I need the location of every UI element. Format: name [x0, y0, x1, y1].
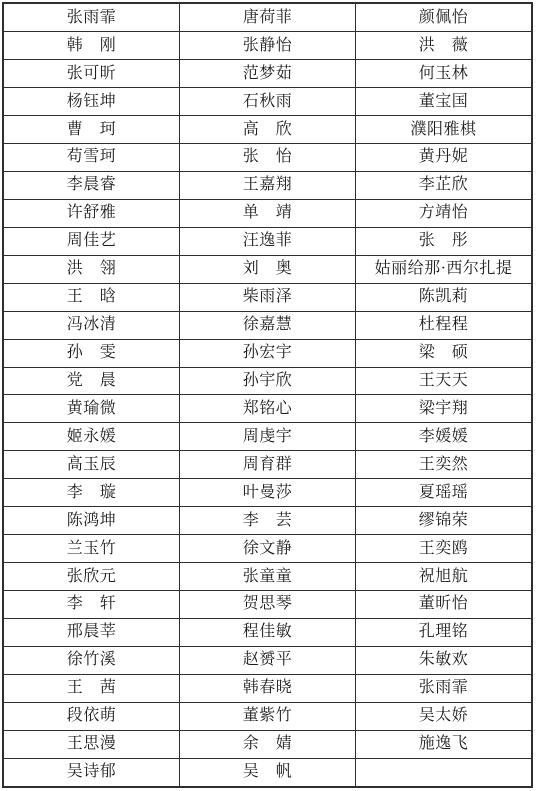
name-cell: 张 彤: [355, 227, 532, 255]
name-cell: 梁 硕: [355, 339, 532, 367]
table-row: 黄瑜微郑铭心梁宇翔: [3, 395, 532, 423]
table-row: 李晨睿王嘉翔李芷欣: [3, 171, 532, 199]
name-cell: 张静怡: [179, 32, 355, 60]
name-cell: 兰玉竹: [3, 535, 179, 563]
name-cell: 王奕然: [355, 451, 532, 479]
name-cell: 刘 奥: [179, 255, 355, 283]
name-cell: 张童童: [179, 563, 355, 591]
name-cell: 赵赟平: [179, 646, 355, 674]
name-cell: 施逸飞: [355, 730, 532, 758]
name-cell: 洪 薇: [355, 32, 532, 60]
name-cell: 郑铭心: [179, 395, 355, 423]
table-row: 李 轩贺思琴董昕怡: [3, 591, 532, 619]
name-cell: 董紫竹: [179, 702, 355, 730]
table-row: 高玉辰周育群王奕然: [3, 451, 532, 479]
name-cell: 程佳敏: [179, 618, 355, 646]
table-row: 李 璇叶曼莎夏瑶瑶: [3, 479, 532, 507]
table-row: 王 晗柴雨泽陈凯莉: [3, 283, 532, 311]
table-row: 苟雪珂张 怡黄丹妮: [3, 144, 532, 172]
name-cell: 姑丽给那·西尔扎提: [355, 255, 532, 283]
name-cell: 董宝国: [355, 88, 532, 116]
name-cell: 李 轩: [3, 591, 179, 619]
name-cell: 杨钰坤: [3, 88, 179, 116]
name-cell: 柴雨泽: [179, 283, 355, 311]
name-cell: 王 茜: [3, 674, 179, 702]
table-row: 周佳艺汪逸菲张 彤: [3, 227, 532, 255]
name-cell: 王天天: [355, 367, 532, 395]
name-cell: 陈凯莉: [355, 283, 532, 311]
table-row: 张欣元张童童祝旭航: [3, 563, 532, 591]
name-cell: 王 晗: [3, 283, 179, 311]
name-cell: 孙宇欣: [179, 367, 355, 395]
name-cell: 贺思琴: [179, 591, 355, 619]
name-cell: 韩春晓: [179, 674, 355, 702]
name-cell: 高 欣: [179, 116, 355, 144]
name-cell: 石秋雨: [179, 88, 355, 116]
name-cell: 张欣元: [3, 563, 179, 591]
table-row: 陈鸿坤李 芸缪锦荣: [3, 507, 532, 535]
table-row: 张可昕范梦茹何玉林: [3, 60, 532, 88]
name-cell: 李 芸: [179, 507, 355, 535]
name-cell: 王嘉翔: [179, 171, 355, 199]
name-cell: 姬永媛: [3, 423, 179, 451]
name-cell: 洪 翎: [3, 255, 179, 283]
name-cell: 韩 刚: [3, 32, 179, 60]
name-cell: 吴诗郁: [3, 758, 179, 787]
name-cell: 周虔宇: [179, 423, 355, 451]
name-cell: 王思漫: [3, 730, 179, 758]
name-cell: 李芷欣: [355, 171, 532, 199]
name-cell: 单 靖: [179, 199, 355, 227]
table-row: 邢晨莘程佳敏孔理铭: [3, 618, 532, 646]
table-row: 王 茜韩春晓张雨霏: [3, 674, 532, 702]
table-row: 段依萌董紫竹吴太娇: [3, 702, 532, 730]
name-cell: 周育群: [179, 451, 355, 479]
name-cell: 黄丹妮: [355, 144, 532, 172]
name-cell: 徐竹溪: [3, 646, 179, 674]
table-row: 张雨霏唐荷菲颜佩怡: [3, 3, 532, 32]
name-cell: 周佳艺: [3, 227, 179, 255]
name-cell: 叶曼莎: [179, 479, 355, 507]
table-row: 韩 刚张静怡洪 薇: [3, 32, 532, 60]
table-row: 党 晨孙宇欣王天天: [3, 367, 532, 395]
name-cell: 梁宇翔: [355, 395, 532, 423]
name-cell: 何玉林: [355, 60, 532, 88]
name-cell: 冯冰清: [3, 311, 179, 339]
name-cell: 汪逸菲: [179, 227, 355, 255]
name-cell: 张雨霏: [355, 674, 532, 702]
name-cell: 范梦茹: [179, 60, 355, 88]
name-cell: 夏瑶瑶: [355, 479, 532, 507]
name-cell: 吴 帆: [179, 758, 355, 787]
name-cell: 曹 珂: [3, 116, 179, 144]
empty-cell: [355, 758, 532, 787]
name-cell: 徐文静: [179, 535, 355, 563]
name-cell: 许舒雅: [3, 199, 179, 227]
names-table-body: 张雨霏唐荷菲颜佩怡韩 刚张静怡洪 薇张可昕范梦茹何玉林杨钰坤石秋雨董宝国曹 珂高…: [3, 3, 532, 787]
table-row: 洪 翎刘 奥姑丽给那·西尔扎提: [3, 255, 532, 283]
table-row: 姬永媛周虔宇李媛媛: [3, 423, 532, 451]
name-cell: 黄瑜微: [3, 395, 179, 423]
table-row: 兰玉竹徐文静王奕鸥: [3, 535, 532, 563]
name-cell: 李媛媛: [355, 423, 532, 451]
name-cell: 濮阳雅棋: [355, 116, 532, 144]
name-cell: 陈鸿坤: [3, 507, 179, 535]
table-row: 吴诗郁吴 帆: [3, 758, 532, 787]
table-row: 徐竹溪赵赟平朱敏欢: [3, 646, 532, 674]
table-row: 王思漫余 婧施逸飞: [3, 730, 532, 758]
name-cell: 张可昕: [3, 60, 179, 88]
name-cell: 唐荷菲: [179, 3, 355, 32]
table-row: 冯冰清徐嘉慧杜程程: [3, 311, 532, 339]
name-cell: 段依萌: [3, 702, 179, 730]
name-cell: 孙 雯: [3, 339, 179, 367]
name-cell: 缪锦荣: [355, 507, 532, 535]
table-row: 孙 雯孙宏宇梁 硕: [3, 339, 532, 367]
name-cell: 邢晨莘: [3, 618, 179, 646]
name-cell: 苟雪珂: [3, 144, 179, 172]
name-cell: 余 婧: [179, 730, 355, 758]
name-cell: 王奕鸥: [355, 535, 532, 563]
name-cell: 杜程程: [355, 311, 532, 339]
name-cell: 方靖怡: [355, 199, 532, 227]
table-row: 曹 珂高 欣濮阳雅棋: [3, 116, 532, 144]
name-cell: 孙宏宇: [179, 339, 355, 367]
name-cell: 徐嘉慧: [179, 311, 355, 339]
name-cell: 朱敏欢: [355, 646, 532, 674]
name-cell: 党 晨: [3, 367, 179, 395]
document-page: 张雨霏唐荷菲颜佩怡韩 刚张静怡洪 薇张可昕范梦茹何玉林杨钰坤石秋雨董宝国曹 珂高…: [0, 0, 536, 791]
name-cell: 李晨睿: [3, 171, 179, 199]
name-cell: 李 璇: [3, 479, 179, 507]
name-cell: 张雨霏: [3, 3, 179, 32]
name-cell: 祝旭航: [355, 563, 532, 591]
name-cell: 颜佩怡: [355, 3, 532, 32]
name-cell: 高玉辰: [3, 451, 179, 479]
name-cell: 张 怡: [179, 144, 355, 172]
name-cell: 董昕怡: [355, 591, 532, 619]
table-row: 许舒雅单 靖方靖怡: [3, 199, 532, 227]
table-row: 杨钰坤石秋雨董宝国: [3, 88, 532, 116]
names-table: 张雨霏唐荷菲颜佩怡韩 刚张静怡洪 薇张可昕范梦茹何玉林杨钰坤石秋雨董宝国曹 珂高…: [2, 2, 533, 788]
name-cell: 孔理铭: [355, 618, 532, 646]
name-cell: 吴太娇: [355, 702, 532, 730]
